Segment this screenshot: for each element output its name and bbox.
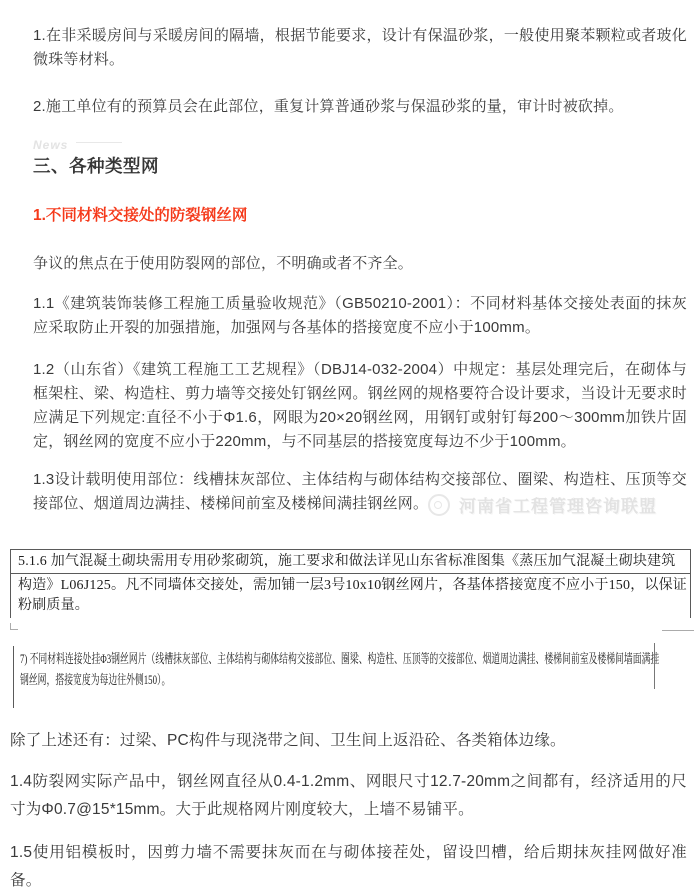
paragraph-insulation-mortar: 1.在非采暖房间与采暖房间的隔墙，根据节能要求，设计有保温砂浆，一般使用聚苯颗粒…: [33, 24, 687, 72]
table-corner-mark-left: [10, 623, 18, 630]
standard-excerpt-box-2: 7) 不同材料连接处挂Φ3钢丝网片（线槽抹灰部位、主体结构与砌体结构交接部位、圈…: [13, 646, 673, 708]
table-border-artifacts: [0, 618, 700, 646]
paragraph-budget-audit: 2.施工单位有的预算员会在此部位，重复计算普通砂浆与保温砂浆的量，审计时被砍掉。: [33, 95, 687, 119]
paragraph-besides-list: 除了上述还有：过梁、PC构件与现浇带之间、卫生间上返沿砼、各类箱体边缘。: [10, 727, 687, 755]
brand-watermark: 河南省工程管理咨询联盟: [428, 492, 657, 517]
paragraph-1-4-products: 1.4防裂网实际产品中，钢丝网直径从0.4-1.2mm、网眼尺寸12.7-20m…: [10, 768, 687, 824]
paragraph-1-1-gb50210: 1.1《建筑装饰装修工程施工质量验收规范》（GB50210-2001）：不同材料…: [33, 292, 687, 340]
news-watermark: News: [33, 137, 687, 152]
excerpt-line: 构造》L06J125。凡不同墙体交接处，需加铺一层3号10x10钢丝网片，各基体…: [18, 576, 690, 596]
subsection-title-red: 1.不同材料交接处的防裂钢丝网: [33, 205, 687, 226]
paragraph-1-2-dbj14: 1.2（山东省）《建筑工程施工工艺规程》（DBJ14-032-2004）中规定：…: [33, 358, 687, 454]
table-column-border: [654, 643, 655, 689]
excerpt-line: 7) 不同材料连接处挂Φ3钢丝网片（线槽抹灰部位、主体结构与砌体结构交接部位、圈…: [20, 648, 464, 669]
excerpt-line: 钢丝网，搭接宽度为每边往外侧150）。: [20, 669, 464, 690]
table-corner-mark-right: [662, 618, 694, 631]
article-top-section: 1.在非采暖房间与采暖房间的隔墙，根据节能要求，设计有保温砂浆，一般使用聚苯颗粒…: [0, 0, 700, 516]
brand-watermark-text: 河南省工程管理咨询联盟: [459, 492, 657, 517]
paragraph-1-5-aluminum-formwork: 1.5使用铝模板时，因剪力墙不需要抹灰而在与砌体接茬处，留设凹槽，给后期抹灰挂网…: [10, 839, 687, 895]
excerpt-line: 粉刷质量。: [18, 596, 690, 616]
paragraph-dispute-focus: 争议的焦点在于使用防裂网的部位，不明确或者不齐全。: [33, 252, 687, 276]
excerpt-line: 5.1.6 加气混凝土砌块需用专用砂浆砌筑，施工要求和做法详见山东省标准图集《蒸…: [18, 552, 690, 572]
article-page: 1.在非采暖房间与采暖房间的隔墙，根据节能要求，设计有保温砂浆，一般使用聚苯颗粒…: [0, 0, 700, 895]
news-watermark-label: News: [33, 138, 68, 152]
standard-excerpt-box-1: 5.1.6 加气混凝土砌块需用专用砂浆砌筑，施工要求和做法详见山东省标准图集《蒸…: [10, 549, 691, 618]
excerpt-box-1-row-1: 5.1.6 加气混凝土砌块需用专用砂浆砌筑，施工要求和做法详见山东省标准图集《蒸…: [11, 550, 690, 574]
excerpt-box-1-row-2: 构造》L06J125。凡不同墙体交接处，需加铺一层3号10x10钢丝网片，各基体…: [11, 574, 690, 618]
section-title: 三、各种类型网: [33, 153, 687, 179]
article-bottom-section: 除了上述还有：过梁、PC构件与现浇带之间、卫生间上返沿砼、各类箱体边缘。 1.4…: [0, 708, 700, 895]
news-divider-line: [76, 142, 122, 143]
brand-logo-icon: [428, 494, 450, 516]
